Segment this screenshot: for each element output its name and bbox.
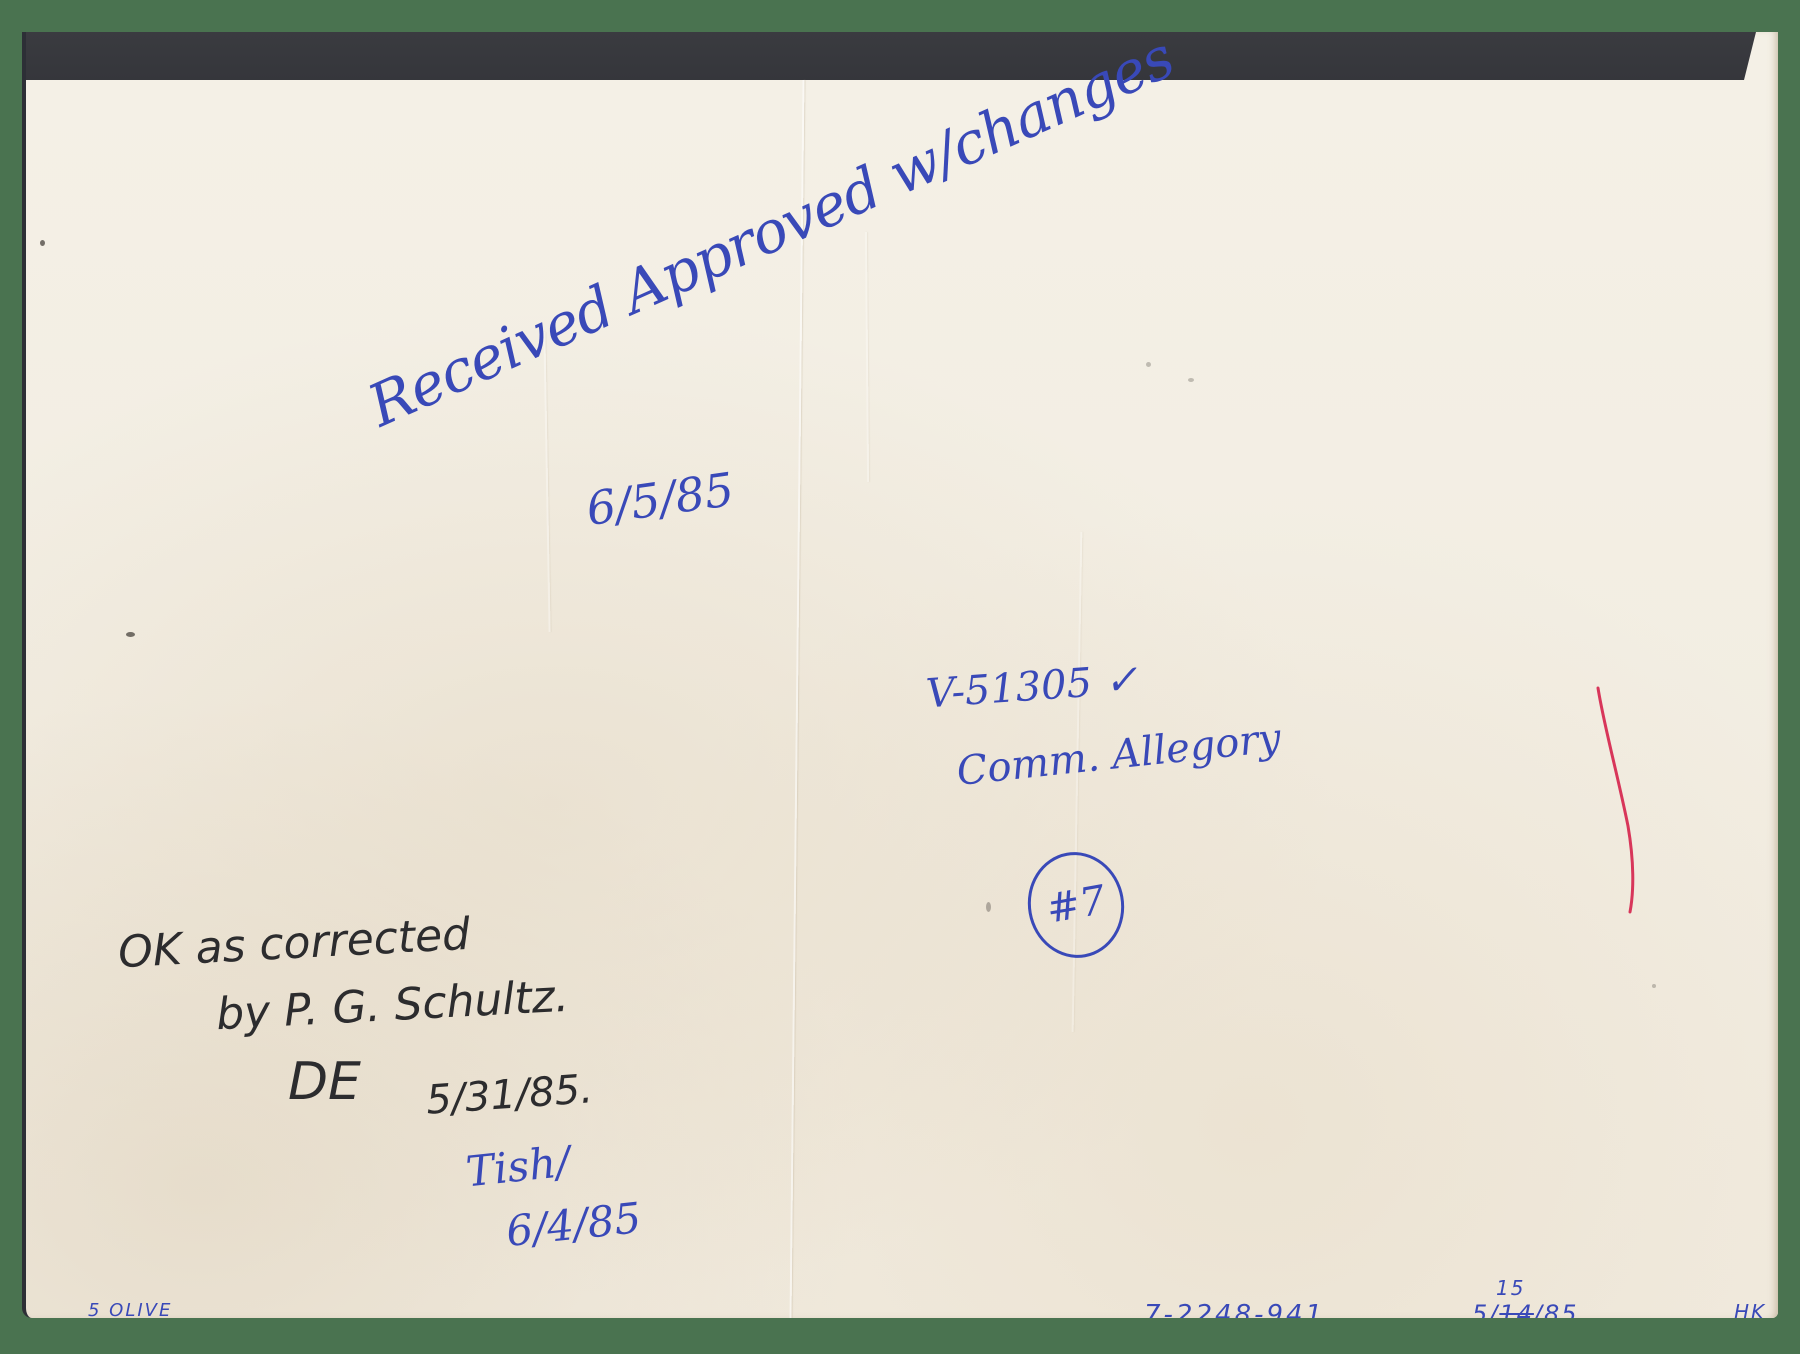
red-pencil-stroke-icon xyxy=(1588,686,1648,916)
footer-date-correction: 15 xyxy=(1496,1276,1525,1300)
dirt-speck xyxy=(1146,362,1151,367)
received-approved-note: Received Approved w/changes xyxy=(358,32,1183,440)
circled-number: #7 xyxy=(1020,844,1133,965)
title-note: Comm. Allegory xyxy=(954,715,1283,795)
footer-color-code: 5 OLIVE xyxy=(88,1300,172,1318)
approval-date: 5/31/85. xyxy=(425,1066,595,1124)
paper-crease xyxy=(543,332,550,632)
footer-date: 5/14/85 15 xyxy=(1472,1300,1579,1318)
footer-date-struck: 14 xyxy=(1499,1300,1534,1318)
catalog-number: V-51305 ✓ xyxy=(925,657,1140,718)
corrected-by-note: by P. G. Schultz. xyxy=(215,971,570,1040)
dirt-speck xyxy=(1188,378,1194,382)
dirt-speck xyxy=(1652,984,1656,988)
dirt-speck xyxy=(986,902,991,912)
dirt-speck xyxy=(126,632,135,637)
footer-job-number: 7-2248-941 xyxy=(1144,1300,1325,1318)
tish-date: 6/4/85 xyxy=(504,1193,644,1256)
circled-number-label: #7 xyxy=(1043,877,1109,933)
paper-crease xyxy=(790,80,805,1318)
ok-as-corrected-note: OK as corrected xyxy=(117,909,471,978)
received-date: 6/5/85 xyxy=(583,462,737,536)
footer-initials: HK xyxy=(1734,1300,1766,1318)
paper-card: Received Approved w/changes 6/5/85 V-513… xyxy=(22,32,1778,1318)
approver-initials: DE xyxy=(288,1052,361,1112)
footer-date-prefix: 5/ xyxy=(1472,1300,1499,1318)
black-tape-band xyxy=(26,32,1778,80)
footer-date-suffix: /85 xyxy=(1534,1300,1579,1318)
scan-background: Received Approved w/changes 6/5/85 V-513… xyxy=(0,0,1800,1354)
paper-crease xyxy=(865,232,869,482)
tish-signature: Tish/ xyxy=(464,1137,573,1197)
dirt-speck xyxy=(40,240,45,246)
